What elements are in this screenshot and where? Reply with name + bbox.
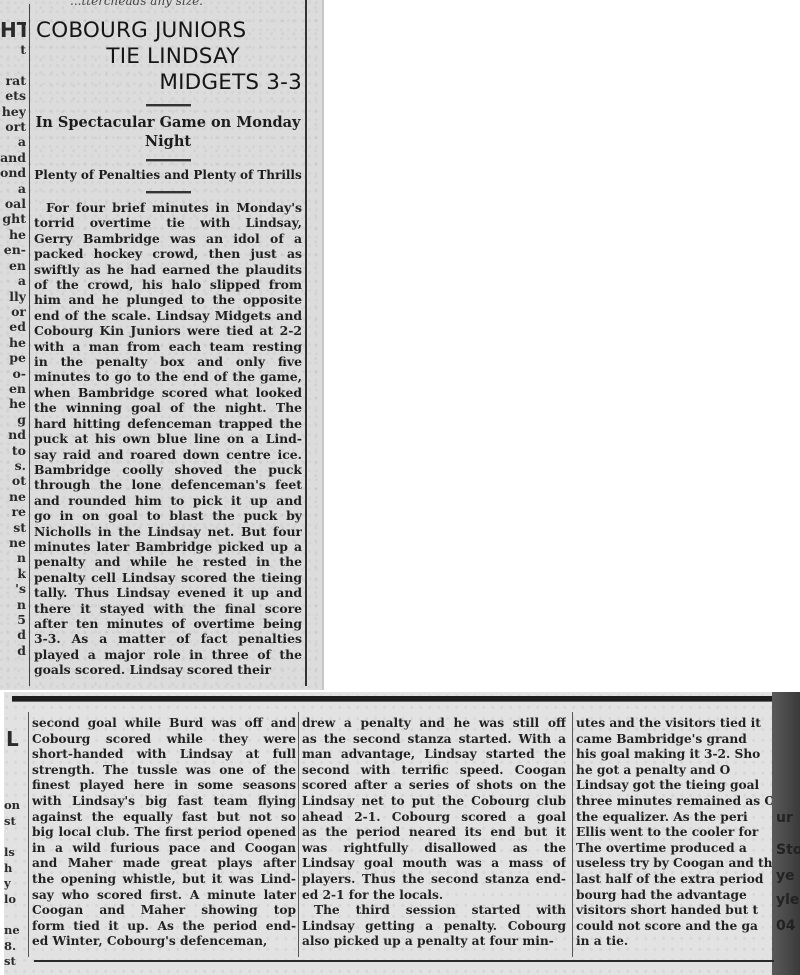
text-line: second with terrific speed. Coogan bbox=[302, 763, 566, 779]
margin-fragment: and bbox=[0, 150, 26, 165]
text-line: the equalizer. As the peri bbox=[576, 810, 772, 826]
text-line: say who scored first. A minute later bbox=[32, 888, 296, 904]
margin-fragment: lly bbox=[0, 289, 26, 304]
text-line: after ten minutes of overtime being bbox=[34, 616, 302, 631]
column-rule bbox=[28, 712, 29, 957]
margin-fragment: or bbox=[0, 304, 26, 319]
margin-fragment: en- bbox=[0, 242, 26, 257]
text-line: of the crowd, his halo slipped from bbox=[34, 277, 302, 292]
text-line: Lindsay getting a penalty. Cobourg bbox=[302, 919, 566, 935]
text-line: in a tie. bbox=[576, 934, 772, 950]
text-line: short-handed with Lindsay at full bbox=[32, 747, 296, 763]
column-rule bbox=[298, 712, 299, 957]
article-body-top: For four brief minutes in Monday'storrid… bbox=[34, 200, 302, 678]
text-line: ed 2-1 for the locals. bbox=[302, 888, 566, 904]
edge-fragment: ur bbox=[776, 810, 793, 826]
divider-rule bbox=[146, 191, 191, 194]
text-line: players. Thus the second stanza end- bbox=[302, 872, 566, 888]
headline-line-2: TIE LINDSAY bbox=[34, 44, 302, 70]
text-line: three minutes remained as O bbox=[576, 794, 772, 810]
margin-fragment: on bbox=[4, 798, 22, 814]
text-line: The overtime produced a bbox=[576, 841, 772, 857]
text-line: go in on goal to blast the puck by bbox=[34, 508, 302, 523]
margin-fragment: re bbox=[0, 504, 26, 519]
left-margin-fragments-bottom: L onst lshylo ne8.st bbox=[4, 710, 22, 970]
text-line: big local club. The first period opened bbox=[32, 825, 296, 841]
text-line: Ellis went to the cooler for bbox=[576, 825, 772, 841]
text-line: came Bambridge's grand bbox=[576, 732, 772, 748]
text-line: useless try by Coogan and the bbox=[576, 856, 772, 872]
margin-fragment: n bbox=[0, 550, 26, 565]
column-rule-right bbox=[305, 0, 307, 686]
text-line: and Maher made great plays after bbox=[32, 856, 296, 872]
headline-line-3: MIDGETS 3-3 bbox=[34, 70, 302, 96]
article-top: COBOURG JUNIORS TIE LINDSAY MIDGETS 3-3 … bbox=[34, 18, 302, 678]
margin-fragment bbox=[4, 767, 22, 783]
text-line: hard hitting defenceman trapped the bbox=[34, 416, 302, 431]
text-line: there it stayed with the final score bbox=[34, 601, 302, 616]
text-line: Lindsay got the tieing goal bbox=[576, 778, 772, 794]
text-line: ahead 2-1. Cobourg scored a goal bbox=[302, 810, 566, 826]
margin-fragment bbox=[4, 752, 22, 768]
text-line: when Bambridge scored what looked bbox=[34, 385, 302, 400]
margin-fragment: ne bbox=[0, 535, 26, 550]
text-line: could not score and the ga bbox=[576, 919, 772, 935]
margin-fragment bbox=[4, 908, 22, 924]
adjacent-page-edge: urStoyeyle04 bbox=[772, 692, 800, 975]
text-line: puck at his own blue line on a Lind- bbox=[34, 431, 302, 446]
margin-fragment: ls bbox=[4, 845, 22, 861]
margin-fragment: a bbox=[0, 134, 26, 149]
text-line: in the penalty box and only five bbox=[34, 354, 302, 369]
margin-fragment: g bbox=[0, 412, 26, 427]
margin-fragment: y bbox=[4, 876, 22, 892]
margin-fragment: ets bbox=[0, 88, 26, 103]
margin-fragment bbox=[0, 57, 26, 72]
margin-fragment: nd bbox=[0, 427, 26, 442]
article-column-1: second goal while Burd was off andCobour… bbox=[32, 716, 296, 950]
top-strap-text: ...ttercheads any size. bbox=[70, 0, 203, 8]
text-line: in a wild furious pace and Coogan bbox=[32, 841, 296, 857]
margin-fragment: h bbox=[4, 861, 22, 877]
text-line: he got a penalty and O bbox=[576, 763, 772, 779]
divider-rule bbox=[146, 104, 191, 107]
text-line: played a major role in three of the bbox=[34, 647, 302, 662]
margin-fragment: ot bbox=[0, 473, 26, 488]
text-line: second goal while Burd was off and bbox=[32, 716, 296, 732]
subheadline-2: Plenty of Penalties and Plenty of Thrill… bbox=[34, 168, 302, 183]
margin-fragment: he bbox=[0, 227, 26, 242]
text-line: his goal making it 3-2. Sho bbox=[576, 747, 772, 763]
margin-fragment: ght bbox=[0, 211, 26, 226]
edge-fragment: yle bbox=[776, 892, 799, 908]
text-line: bourg had the advantage bbox=[576, 888, 772, 904]
text-line: For four brief minutes in Monday's bbox=[34, 200, 302, 215]
text-line: minutes to go to the end of the game, bbox=[34, 369, 302, 384]
margin-fragment: he bbox=[0, 335, 26, 350]
margin-fragment: to bbox=[0, 443, 26, 458]
margin-fragment: 5 bbox=[0, 612, 26, 627]
top-clipping: ...ttercheads any size. HTt ratetsheyort… bbox=[0, 0, 324, 690]
text-line: against the equally fast but not so bbox=[32, 810, 296, 826]
margin-fragment bbox=[4, 710, 22, 726]
column-top-rule bbox=[12, 696, 772, 702]
text-line: penalty and while he rested in the bbox=[34, 554, 302, 569]
margin-fragment: st bbox=[0, 520, 26, 535]
text-line: and rounded him to pick it up and bbox=[34, 493, 302, 508]
margin-fragment: st bbox=[4, 814, 22, 830]
text-line: with Lindsay's big fast team flying bbox=[32, 794, 296, 810]
text-line: strength. The tussle was one of the bbox=[32, 763, 296, 779]
subheadline-1: In Spectacular Game on Monday Night bbox=[34, 113, 302, 151]
edge-fragment: Sto bbox=[776, 842, 800, 858]
text-line: form tied it up. As the period end- bbox=[32, 919, 296, 935]
text-line: drew a penalty and he was still off bbox=[302, 716, 566, 732]
text-line: 3-3. As a matter of fact penalties bbox=[34, 631, 302, 646]
margin-fragment: 's bbox=[0, 581, 26, 596]
text-line: minutes later Bambridge picked up a bbox=[34, 539, 302, 554]
margin-fragment: ort bbox=[0, 119, 26, 134]
left-margin-fragments-top: HTt ratetsheyortaandondaoalghtheen-enall… bbox=[0, 0, 26, 690]
text-line: The third session started with bbox=[302, 903, 566, 919]
column-rule bbox=[572, 712, 573, 957]
bottom-clipping: L onst lshylo ne8.st second goal while B… bbox=[4, 692, 800, 975]
margin-fragment: a bbox=[0, 181, 26, 196]
edge-fragment: 04 bbox=[776, 918, 795, 934]
margin-fragment: he bbox=[0, 396, 26, 411]
article-column-3: utes and the visitors tied itcame Bambri… bbox=[576, 716, 772, 950]
text-line: through the lone defenceman's feet bbox=[34, 477, 302, 492]
text-line: was rightfully disallowed as the bbox=[302, 841, 566, 857]
margin-fragment: ond bbox=[0, 165, 26, 180]
margin-fragment: ed bbox=[0, 319, 26, 334]
text-line: goals scored. Lindsay scored their bbox=[34, 662, 302, 677]
text-line: torrid overtime tie with Lindsay, bbox=[34, 215, 302, 230]
divider-rule bbox=[146, 159, 191, 162]
margin-fragment: lo bbox=[4, 892, 22, 908]
text-line: packed hockey crowd, then just as bbox=[34, 246, 302, 261]
text-line: Bambridge coolly shoved the puck bbox=[34, 462, 302, 477]
article-column-2: drew a penalty and he was still offas th… bbox=[302, 716, 566, 950]
margin-fragment: 8. bbox=[4, 939, 22, 955]
margin-fragment: a bbox=[0, 273, 26, 288]
headline: COBOURG JUNIORS TIE LINDSAY MIDGETS 3-3 bbox=[34, 18, 302, 96]
margin-fragment bbox=[4, 783, 22, 799]
text-line: penalty cell Lindsay scored the tieing bbox=[34, 570, 302, 585]
text-line: Gerry Bambridge was an idol of a bbox=[34, 231, 302, 246]
margin-fragment: d bbox=[0, 627, 26, 642]
text-line: Cobourg scored while they were bbox=[32, 732, 296, 748]
text-line: Nicholls in the Lindsay net. But four bbox=[34, 524, 302, 539]
margin-fragment: d bbox=[0, 643, 26, 658]
text-line: utes and the visitors tied it bbox=[576, 716, 772, 732]
margin-fragment: ne bbox=[0, 489, 26, 504]
text-line: as the period neared its end but it bbox=[302, 825, 566, 841]
margin-fragment: k bbox=[0, 566, 26, 581]
margin-fragment: L bbox=[6, 726, 22, 752]
text-line: Lindsay goal mouth was a mass of bbox=[302, 856, 566, 872]
margin-fragment: s. bbox=[0, 458, 26, 473]
margin-fragment: en bbox=[0, 381, 26, 396]
text-line: end of the scale. Lindsay Midgets and bbox=[34, 308, 302, 323]
text-line: ed Winter, Cobourg's defenceman, bbox=[32, 934, 296, 950]
text-line: Lindsay net to put the Cobourg club bbox=[302, 794, 566, 810]
margin-fragment: oal bbox=[0, 196, 26, 211]
margin-fragment: HT bbox=[0, 18, 26, 42]
margin-fragment: ne bbox=[4, 923, 22, 939]
margin-fragment: t bbox=[0, 42, 26, 57]
text-line: the winning goal of the night. The bbox=[34, 400, 302, 415]
text-line: also picked up a penalty at four min- bbox=[302, 934, 566, 950]
text-line: say raid and roared down centre ice. bbox=[34, 447, 302, 462]
text-line: as the second stanza started. With a bbox=[302, 732, 566, 748]
text-line: Coogan and Maher showing top bbox=[32, 903, 296, 919]
margin-fragment: en bbox=[0, 258, 26, 273]
edge-fragment: ye bbox=[776, 868, 795, 884]
margin-fragment: st bbox=[4, 954, 22, 970]
text-line: scored after a series of shots on the bbox=[302, 778, 566, 794]
margin-fragment: n bbox=[0, 597, 26, 612]
column-bottom-rule bbox=[34, 960, 774, 962]
text-line: tally. Thus Lindsay evened it up and bbox=[34, 585, 302, 600]
margin-fragment: rat bbox=[0, 73, 26, 88]
column-rule bbox=[29, 4, 30, 686]
margin-fragment bbox=[4, 830, 22, 846]
text-line: last half of the extra period bbox=[576, 872, 772, 888]
headline-line-1: COBOURG JUNIORS bbox=[34, 18, 302, 44]
margin-fragment: pe bbox=[0, 350, 26, 365]
text-line: the opening whistle, but it was Lind- bbox=[32, 872, 296, 888]
text-line: Cobourg Kin Juniors were tied at 2-2 bbox=[34, 323, 302, 338]
text-line: swiftly as he had earned the plaudits bbox=[34, 262, 302, 277]
text-line: him and he plunged to the opposite bbox=[34, 292, 302, 307]
text-line: visitors short handed but t bbox=[576, 903, 772, 919]
text-line: with a man from each team resting bbox=[34, 339, 302, 354]
margin-fragment: o- bbox=[0, 366, 26, 381]
margin-fragment: hey bbox=[0, 104, 26, 119]
text-line: man advantage, Lindsay started the bbox=[302, 747, 566, 763]
text-line: finest played here in some seasons bbox=[32, 778, 296, 794]
